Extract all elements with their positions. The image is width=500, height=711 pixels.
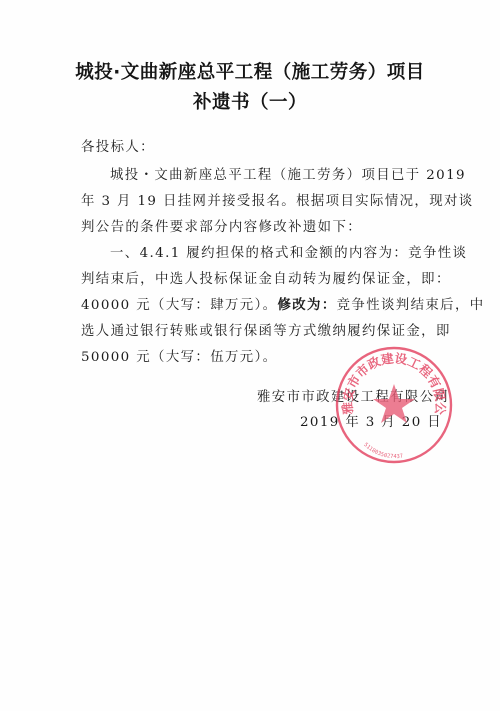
document-title-line-1: 城投·文曲新座总平工程（施工劳务）项目 bbox=[0, 58, 500, 84]
paragraph-1-line-2: 年 3 月 19 日挂网并接受报名。根据项目实际情况，现对谈 bbox=[81, 190, 474, 209]
paragraph-1-line-3: 判公告的条件要求部分内容修改补遗如下： bbox=[81, 216, 362, 235]
original-amount-text: 40000 元（大写：肆万元）。 bbox=[81, 298, 277, 313]
paragraph-2-line-2: 判结束后，中选人投标保证金自动转为履约保证金，即： bbox=[81, 268, 451, 287]
signature-company: 雅安市市政建设工程有限公司 bbox=[257, 386, 449, 405]
document-page: 城投·文曲新座总平工程（施工劳务）项目 补遗书（一） 各投标人： 城投・文曲新座… bbox=[0, 0, 500, 711]
paragraph-1-line-1: 城投・文曲新座总平工程（施工劳务）项目已于 2019 bbox=[110, 164, 466, 183]
paragraph-2-line-5: 50000 元（大写：伍万元）。 bbox=[81, 346, 277, 365]
paragraph-2-line-1: 一、4.4.1 履约担保的格式和金额的内容为：竞争性谈 bbox=[110, 242, 467, 261]
svg-text:5118035027437: 5118035027437 bbox=[362, 442, 403, 460]
document-title-line-2: 补遗书（一） bbox=[0, 88, 500, 114]
amendment-text-start: 竞争性谈判结束后，中 bbox=[337, 298, 485, 313]
signature-date: 2019 年 3 月 20 日 bbox=[300, 411, 442, 430]
paragraph-2-line-4: 选人通过银行转账或银行保函等方式缴纳履约保证金，即 bbox=[81, 320, 451, 339]
seal-number: 5118035027437 bbox=[362, 442, 403, 460]
amendment-label: 修改为： bbox=[277, 297, 336, 313]
company-seal-stamp: 雅安市市政建设工程有限公司 5118035027437 bbox=[333, 344, 455, 466]
salutation: 各投标人： bbox=[81, 136, 155, 155]
seal-icon: 雅安市市政建设工程有限公司 5118035027437 bbox=[333, 344, 455, 466]
paragraph-2-line-3: 40000 元（大写：肆万元）。修改为：竞争性谈判结束后，中 bbox=[81, 294, 485, 313]
